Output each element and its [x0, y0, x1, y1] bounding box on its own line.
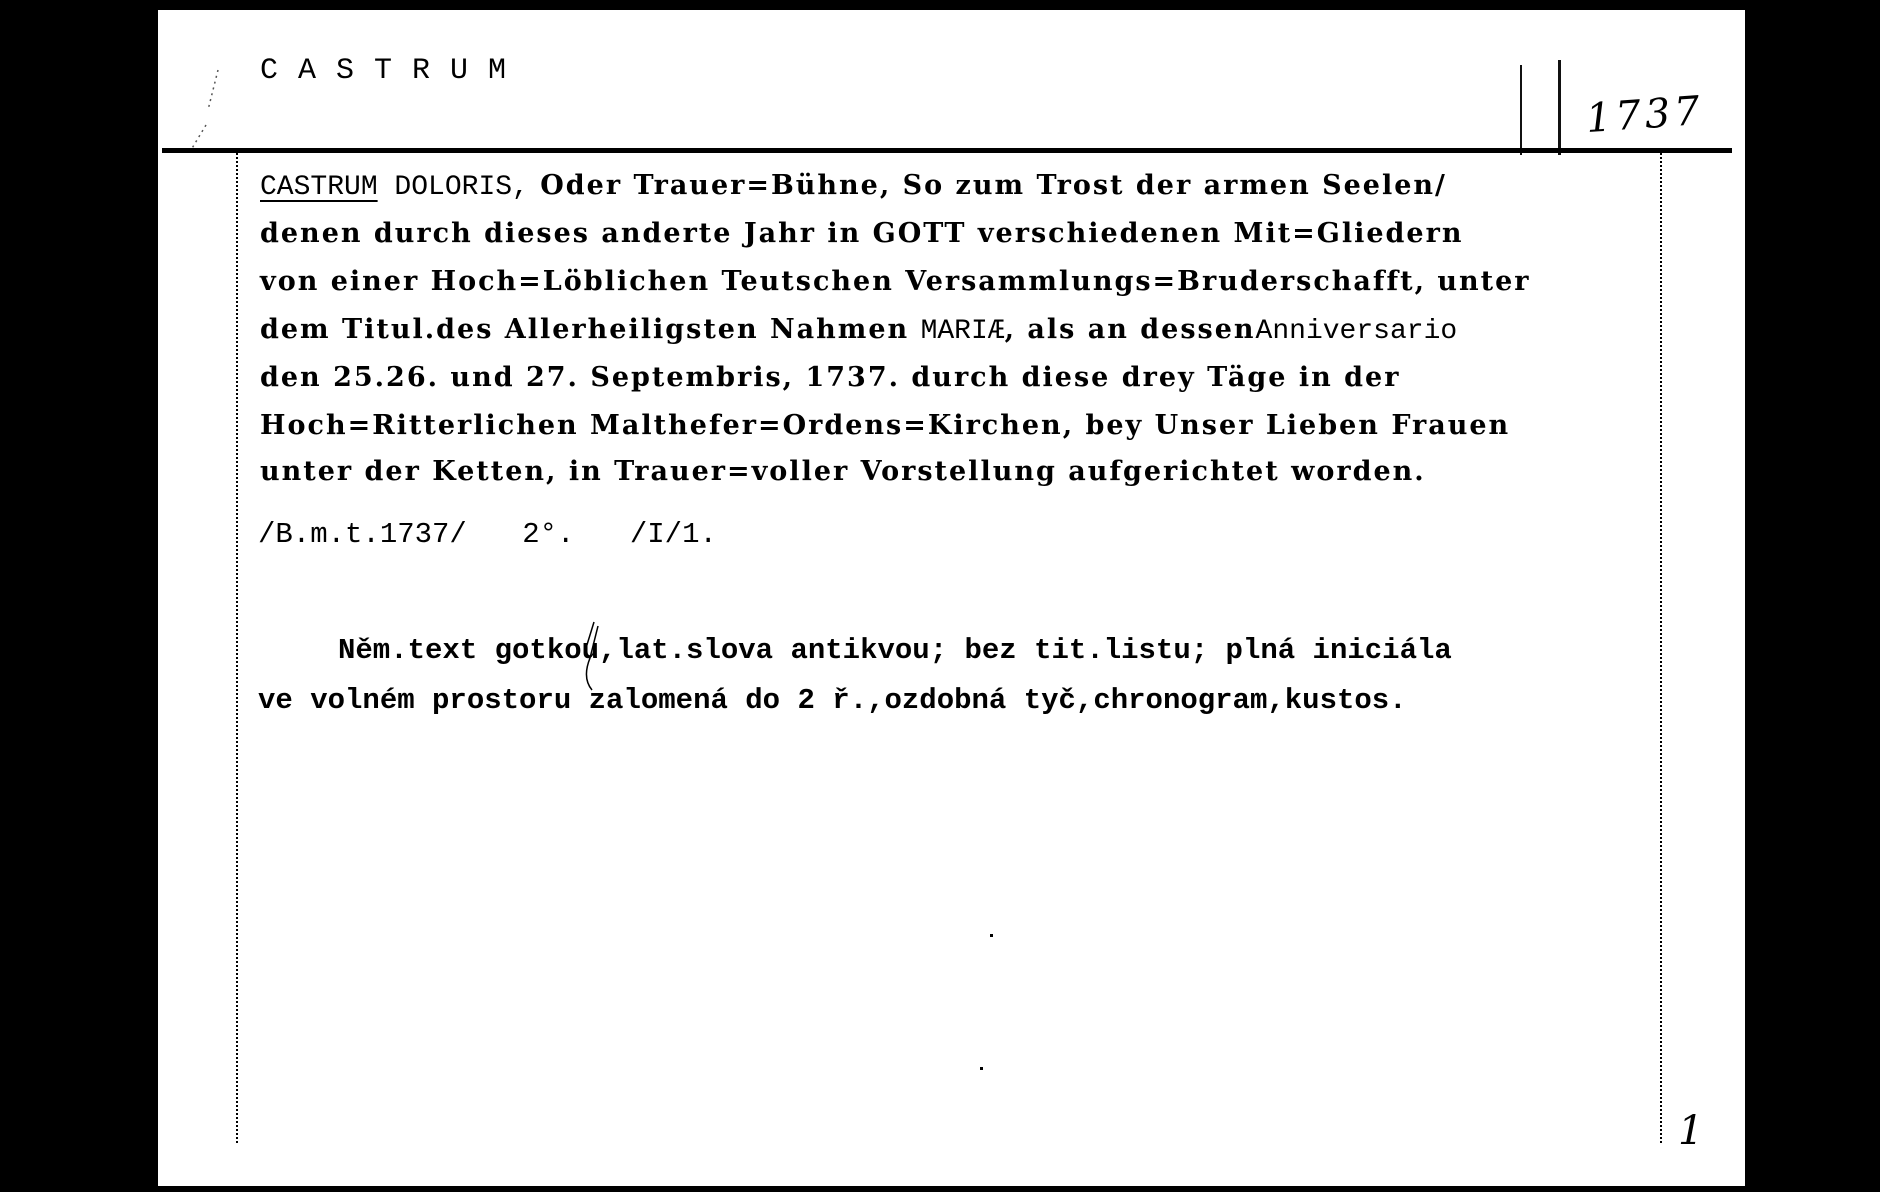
pencil-scribble-icon — [178, 50, 238, 160]
title-line-1: CASTRUM DOLORIS, Oder Trauer=Bühne, So z… — [260, 170, 1447, 203]
handwritten-year: 1737 — [1585, 88, 1706, 142]
card-heading: CASTRUM — [260, 54, 526, 88]
handwritten-correction-icon — [576, 618, 606, 698]
margin-mark — [1520, 65, 1522, 155]
right-margin-line — [1660, 153, 1662, 1143]
title-line-3: von einer Hoch=Löblichen Teutschen Versa… — [260, 266, 1531, 297]
shelfmark: /B.m.t.1737/ 2°. /I/1. — [258, 518, 755, 551]
header-rule — [162, 148, 1732, 153]
shelfmark-location: /I/1. — [630, 518, 717, 551]
title-line-7: unter der Ketten, in Trauer=voller Vorst… — [260, 456, 1426, 487]
left-margin-line — [236, 153, 238, 1143]
speck — [990, 934, 993, 937]
note-line-1: Něm.text gotkou,lat.slova antikvou; bez … — [338, 634, 1452, 667]
margin-mark — [1558, 60, 1561, 155]
shelfmark-format: 2°. — [522, 518, 574, 551]
catalog-card: CASTRUM 1737 CASTRUM DOLORIS, Oder Traue… — [158, 10, 1745, 1186]
note-line-2: ve volném prostoru zalomená do 2 ř.,ozdo… — [258, 684, 1407, 717]
handwritten-page-number: 1 — [1678, 1108, 1703, 1154]
title-line-6: Hoch=Ritterlichen Malthefer=Ordens=Kirch… — [260, 410, 1510, 441]
title-line-5: den 25.26. und 27. Septembris, 1737. dur… — [260, 362, 1400, 393]
title-line-2: denen durch dieses anderte Jahr in GOTT … — [260, 218, 1463, 249]
title-line-4: dem Titul.des Allerheiligsten Nahmen MAR… — [260, 314, 1457, 347]
speck — [980, 1067, 983, 1070]
shelfmark-signature: /B.m.t.1737/ — [258, 518, 467, 551]
